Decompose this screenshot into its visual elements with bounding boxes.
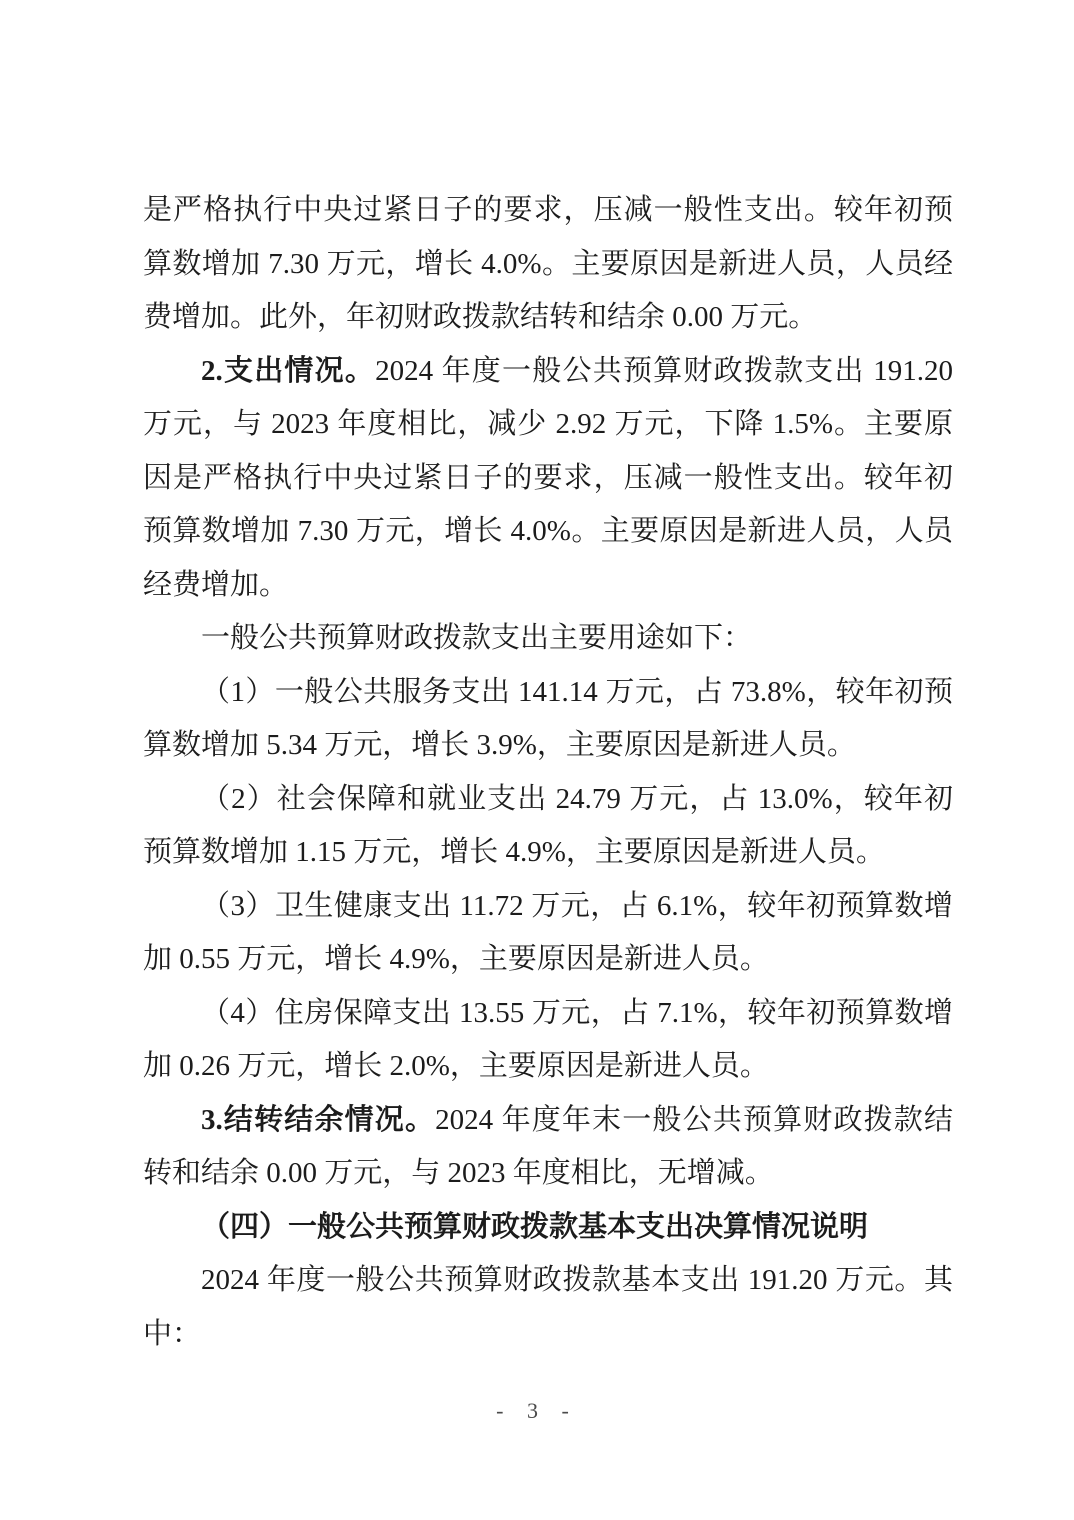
bold-text-segment: （四）一般公共预算财政拨款基本支出决算情况说明 (201, 1211, 868, 1243)
bold-text-segment: 3.结转结余情况。 (201, 1104, 435, 1136)
text-segment: 2024 年度一般公共预算财政拨款基本支出 191.20 万元。其中： (143, 1264, 953, 1350)
text-segment: （2）社会保障和就业支出 24.79 万元，占 13.0%，较年初预算数增加 1… (143, 783, 953, 869)
paragraph: （1）一般公共服务支出 141.14 万元，占 73.8%，较年初预算数增加 5… (143, 666, 953, 773)
text-segment: 是严格执行中央过紧日子的要求，压减一般性支出。较年初预算数增加 7.30 万元，… (143, 194, 953, 333)
text-segment: （4）住房保障支出 13.55 万元，占 7.1%，较年初预算数增加 0.26 … (143, 997, 953, 1083)
paragraph: 3.结转结余情况。2024 年度年末一般公共预算财政拨款结转和结余 0.00 万… (143, 1094, 953, 1201)
section-heading: （四）一般公共预算财政拨款基本支出决算情况说明 (143, 1201, 953, 1255)
document-page: 是严格执行中央过紧日子的要求，压减一般性支出。较年初预算数增加 7.30 万元，… (0, 0, 1074, 1520)
paragraph: （4）住房保障支出 13.55 万元，占 7.1%，较年初预算数增加 0.26 … (143, 987, 953, 1094)
document-body: 是严格执行中央过紧日子的要求，压减一般性支出。较年初预算数增加 7.30 万元，… (143, 184, 953, 1361)
text-segment: （3）卫生健康支出 11.72 万元，占 6.1%，较年初预算数增加 0.55 … (143, 890, 953, 976)
text-segment: 2024 年度一般公共预算财政拨款支出 191.20 万元，与 2023 年度相… (143, 355, 953, 601)
paragraph: （3）卫生健康支出 11.72 万元，占 6.1%，较年初预算数增加 0.55 … (143, 880, 953, 987)
paragraph: 2024 年度一般公共预算财政拨款基本支出 191.20 万元。其中： (143, 1254, 953, 1361)
bold-text-segment: 2.支出情况。 (201, 355, 375, 387)
paragraph: 是严格执行中央过紧日子的要求，压减一般性支出。较年初预算数增加 7.30 万元，… (143, 184, 953, 345)
text-segment: （1）一般公共服务支出 141.14 万元，占 73.8%，较年初预算数增加 5… (143, 676, 953, 762)
text-segment: 一般公共预算财政拨款支出主要用途如下： (201, 622, 752, 654)
paragraph: 2.支出情况。2024 年度一般公共预算财政拨款支出 191.20 万元，与 2… (143, 345, 953, 613)
paragraph: （2）社会保障和就业支出 24.79 万元，占 13.0%，较年初预算数增加 1… (143, 773, 953, 880)
page-number: - 3 - (496, 1398, 578, 1423)
page-footer: - 3 - (0, 1398, 1074, 1424)
paragraph: 一般公共预算财政拨款支出主要用途如下： (143, 612, 953, 666)
